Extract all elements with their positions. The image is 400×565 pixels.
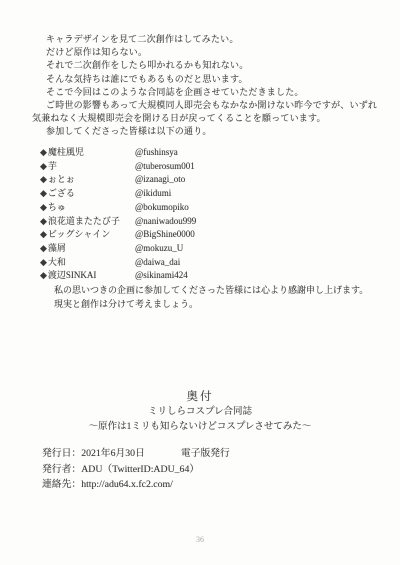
closing-line: 私の思いつきの企画に参加してくださった皆様には心より感謝申し上げます。 bbox=[54, 284, 376, 298]
contact-line: 連絡先：http://adu64.x.fc2.com/ bbox=[42, 477, 380, 493]
contributor-row: ◆渡辺SINKAI @sikinami424 bbox=[40, 269, 376, 283]
contributor-row: ◆ござる @ikidumi bbox=[40, 187, 376, 201]
intro-line: 参加してくださった皆様は以下の通り。 bbox=[32, 125, 376, 138]
edition-note: 電子版発行 bbox=[181, 448, 230, 459]
contributor-handle: @BigShine0000 bbox=[135, 228, 376, 242]
contributor-name: 浪花道またたび子 bbox=[48, 216, 120, 226]
publisher-value: ADU（TwitterID:ADU_64） bbox=[81, 464, 199, 475]
intro-line: そんな気持ちは誰にでもあるものだと思います。 bbox=[32, 73, 376, 86]
diamond-bullet-icon: ◆ bbox=[40, 229, 47, 239]
diamond-bullet-icon: ◆ bbox=[40, 161, 47, 171]
contact-url: http://adu64.x.fc2.com/ bbox=[81, 479, 173, 490]
publication-date-line: 発行日：2021年6月30日電子版発行 bbox=[42, 446, 380, 462]
contributor-handle: @daiwa_dai bbox=[135, 256, 376, 270]
contributor-name: ござる bbox=[48, 188, 75, 198]
contributor-row: ◆大和 @daiwa_dai bbox=[40, 256, 376, 270]
publisher-line: 発行者：ADU（TwitterID:ADU_64） bbox=[42, 462, 380, 478]
intro-line: だけど原作は知らない。 bbox=[32, 46, 376, 59]
contributor-handle: @ikidumi bbox=[135, 187, 376, 201]
contributor-list: ◆魔柱風児 @fushinsya ◆芋 @tuberosum001 ◆ぉとぉ @… bbox=[40, 146, 376, 283]
diamond-bullet-icon: ◆ bbox=[40, 243, 47, 253]
contributor-name: 魔柱風児 bbox=[48, 147, 84, 157]
diamond-bullet-icon: ◆ bbox=[40, 257, 47, 267]
contributor-row: ◆ぉとぉ @izanagi_oto bbox=[40, 173, 376, 187]
date-value: 2021年6月30日 bbox=[81, 448, 145, 459]
closing-line: 現実と創作は分けて考えましょう。 bbox=[54, 298, 376, 312]
contributor-handle: @fushinsya bbox=[135, 146, 376, 160]
contributor-name: ビッグシャイン bbox=[48, 229, 110, 239]
intro-line: ご時世の影響もあって大規模同人即売会もなかなか開けない昨今ですが、いずれ bbox=[32, 99, 376, 112]
contributor-handle: @izanagi_oto bbox=[135, 173, 376, 187]
doujinshi-afterword-page: キャラデザインを見て二次創作はしてみたい。 だけど原作は知らない。 それで二次創… bbox=[0, 0, 400, 565]
diamond-bullet-icon: ◆ bbox=[40, 188, 47, 198]
contributor-row: ◆ちゅ @bokumopiko bbox=[40, 201, 376, 215]
contributor-handle: @bokumopiko bbox=[135, 201, 376, 215]
date-label: 発行日： bbox=[42, 448, 81, 459]
page-number: 36 bbox=[0, 535, 400, 544]
contact-label: 連絡先： bbox=[42, 479, 81, 490]
intro-line: キャラデザインを見て二次創作はしてみたい。 bbox=[32, 33, 376, 46]
contributor-handle: @sikinami424 bbox=[135, 269, 376, 283]
contributor-name: ぉとぉ bbox=[48, 174, 75, 184]
intro-line: 気兼ねなく大規模即売会を開ける日が戻ってくることを願っています。 bbox=[32, 112, 376, 125]
contributor-row: ◆魔柱風児 @fushinsya bbox=[40, 146, 376, 160]
book-title: ミリしらコスプレ合同誌 bbox=[0, 405, 400, 420]
contributor-row: ◆芋 @tuberosum001 bbox=[40, 160, 376, 174]
book-subtitle: ～原作は1ミリも知らないけどコスプレさせてみた～ bbox=[0, 420, 400, 435]
contributor-handle: @tuberosum001 bbox=[135, 160, 376, 174]
contributor-name: 渡辺SINKAI bbox=[48, 270, 97, 280]
contributor-handle: @mokuzu_U bbox=[135, 242, 376, 256]
intro-paragraph: キャラデザインを見て二次創作はしてみたい。 だけど原作は知らない。 それで二次創… bbox=[32, 33, 376, 139]
publication-info: 発行日：2021年6月30日電子版発行 発行者：ADU（TwitterID:AD… bbox=[42, 446, 380, 493]
contributor-row: ◆藻屑 @mokuzu_U bbox=[40, 242, 376, 256]
intro-line: それで二次創作をしたら叩かれるかも知れない。 bbox=[32, 59, 376, 72]
diamond-bullet-icon: ◆ bbox=[40, 174, 47, 184]
colophon: 奥付 ミリしらコスプレ合同誌 ～原作は1ミリも知らないけどコスプレさせてみた～ bbox=[0, 390, 400, 435]
colophon-heading: 奥付 bbox=[0, 390, 400, 405]
diamond-bullet-icon: ◆ bbox=[40, 216, 47, 226]
contributor-name: 芋 bbox=[48, 161, 57, 171]
closing-remarks: 私の思いつきの企画に参加してくださった皆様には心より感謝申し上げます。 現実と創… bbox=[54, 284, 376, 312]
contributor-name: ちゅ bbox=[48, 202, 66, 212]
contributor-row: ◆浪花道またたび子 @naniwadou999 bbox=[40, 215, 376, 229]
contributor-handle: @naniwadou999 bbox=[135, 215, 376, 229]
intro-line: そこで今回はこのような合同誌を企画させていただきました。 bbox=[32, 86, 376, 99]
contributor-name: 大和 bbox=[48, 257, 66, 267]
diamond-bullet-icon: ◆ bbox=[40, 147, 47, 157]
publisher-label: 発行者： bbox=[42, 464, 81, 475]
diamond-bullet-icon: ◆ bbox=[40, 270, 47, 280]
diamond-bullet-icon: ◆ bbox=[40, 202, 47, 212]
contributor-name: 藻屑 bbox=[48, 243, 66, 253]
contributor-row: ◆ビッグシャイン @BigShine0000 bbox=[40, 228, 376, 242]
